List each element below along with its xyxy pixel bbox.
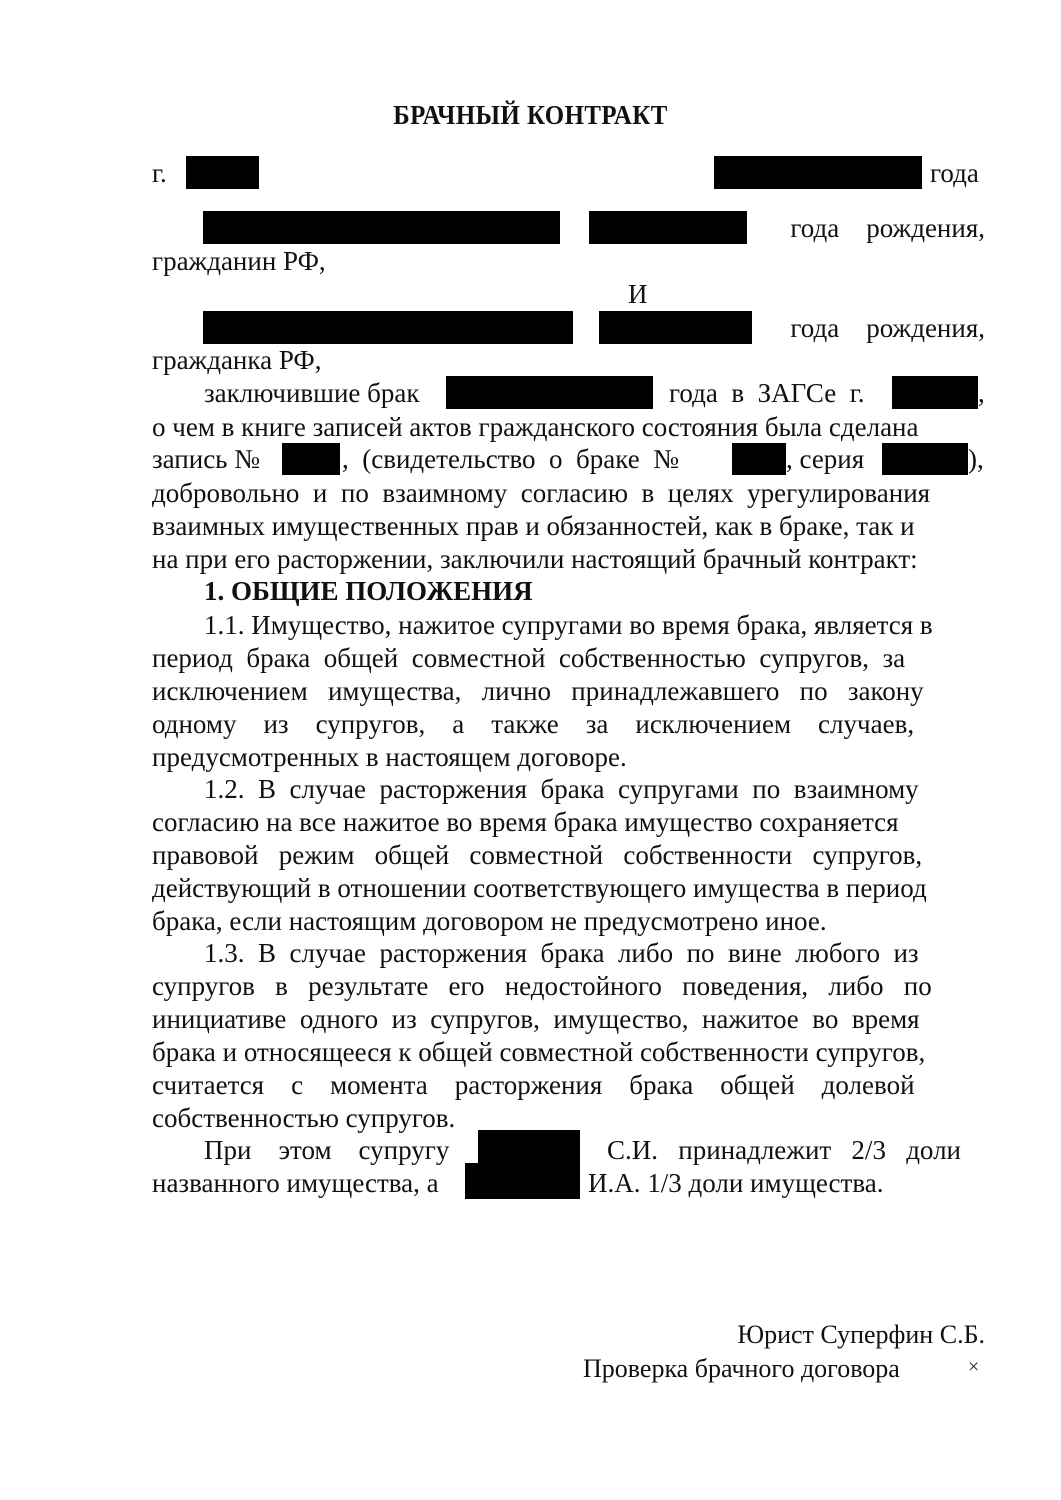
redacted-certificate-number: [732, 443, 786, 475]
redacted-party2-name: [203, 311, 573, 344]
p13-line: брака и относящееся к общей совместной с…: [152, 1036, 985, 1069]
section-1-heading: 1. ОБЩИЕ ПОЛОЖЕНИЯ: [204, 576, 533, 607]
document-page: БРАЧНЫЙ КОНТРАКТ г. года года рождения, …: [0, 0, 1061, 1500]
p12-line: 1.2. В случае расторжения брака супругам…: [204, 773, 985, 806]
document-title: БРАЧНЫЙ КОНТРАКТ: [42, 100, 1018, 131]
redacted-party2-birthdate: [599, 311, 752, 344]
preamble-registry-text: года в ЗАГСе г.: [669, 378, 864, 409]
date-suffix: года: [930, 158, 979, 189]
redacted-wife-surname: [465, 1163, 580, 1199]
redacted-series: [882, 443, 968, 475]
party1-birth-suffix: года рождения,: [790, 213, 985, 244]
party2-birth-suffix: года рождения,: [790, 313, 985, 344]
party2-citizenship: гражданка РФ,: [152, 345, 321, 376]
redacted-marriage-date: [446, 376, 653, 409]
caption-text: Проверка брачного договора: [583, 1354, 900, 1384]
redacted-city: [186, 156, 259, 189]
preamble-certificate-label: , (свидетельство о браке №: [342, 444, 679, 475]
preamble-close-paren: ),: [968, 444, 984, 475]
redacted-date: [714, 156, 922, 189]
redacted-registry-city: [892, 376, 978, 409]
share-2-prefix: названного имущества, а: [152, 1168, 439, 1199]
redacted-party1-name: [203, 211, 560, 244]
share-1-text: С.И. принадлежит 2/3 доли: [607, 1135, 961, 1166]
preamble-line-4: добровольно и по взаимному согласию в це…: [152, 477, 985, 510]
city-prefix: г.: [152, 158, 167, 189]
preamble-series-label: , серия: [786, 444, 864, 475]
preamble-line-2: о чем в книге записей актов гражданского…: [152, 411, 985, 444]
share-1-prefix: При этом супругу: [204, 1135, 449, 1166]
p13-line: супругов в результате его недостойного п…: [152, 970, 985, 1003]
p13-line: считается с момента расторжения брака об…: [152, 1069, 985, 1102]
redacted-party1-birthdate: [589, 211, 747, 244]
p13-line: инициативе одного из супругов, имущество…: [152, 1003, 985, 1036]
p13-line: 1.3. В случае расторжения брака либо по …: [204, 937, 985, 970]
redacted-record-number: [282, 443, 340, 475]
p12-line: правовой режим общей совместной собствен…: [152, 839, 985, 872]
preamble-line-6: на при его расторжении, заключили настоя…: [152, 543, 985, 576]
author-signature: Юрист Суперфин С.Б.: [737, 1320, 985, 1350]
preamble-comma: ,: [978, 378, 985, 409]
share-2-text: И.А. 1/3 доли имущества.: [588, 1168, 883, 1199]
p11-line: 1.1. Имущество, нажитое супругами во вре…: [204, 609, 985, 642]
p11-line: период брака общей совместной собственно…: [152, 642, 985, 675]
party1-citizenship: гражданин РФ,: [152, 246, 326, 277]
p11-line: исключением имущества, лично принадлежав…: [152, 675, 985, 708]
preamble-record-label: запись №: [152, 444, 260, 475]
p12-line: согласию на все нажитое во время брака и…: [152, 806, 985, 839]
conjunction: И: [628, 279, 648, 310]
p11-line: одному из супругов, а также за исключени…: [152, 708, 985, 741]
close-icon[interactable]: ×: [968, 1356, 979, 1379]
preamble-marriage-text: заключившие брак: [204, 378, 419, 409]
preamble-line-5: взаимных имущественных прав и обязанност…: [152, 510, 985, 543]
p11-line: предусмотренных в настоящем договоре.: [152, 741, 985, 774]
p12-line: брака, если настоящим договором не преду…: [152, 905, 985, 938]
p12-line: действующий в отношении соответствующего…: [152, 872, 985, 905]
